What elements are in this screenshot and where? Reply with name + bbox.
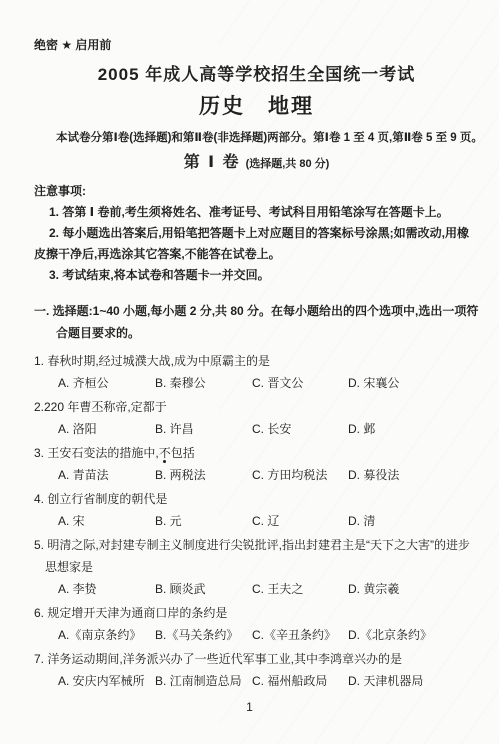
- page-content: 绝密 ★ 启用前 2005 年成人高等学校招生全国统一考试 历史 地理 本试卷分…: [0, 0, 499, 692]
- question-1-option-a: A. 齐桓公: [58, 372, 155, 394]
- note-item-2: 2. 每小题选出答案后,用铅笔把答题卡上对应题目的答案标号涂黑;如需改动,用橡皮…: [34, 223, 479, 265]
- question-4: 4. 创立行省制度的朝代是 A. 宋 B. 元 C. 辽 D. 清: [34, 488, 479, 532]
- question-4-stem: 4. 创立行省制度的朝代是: [34, 488, 479, 510]
- classification-label: 绝密 ★ 启用前: [34, 38, 479, 52]
- exam-paper-page: 绝密 ★ 启用前 2005 年成人高等学校招生全国统一考试 历史 地理 本试卷分…: [0, 0, 499, 744]
- question-1: 1. 春秋时期,经过城濮大战,成为中原霸主的是 A. 齐桓公 B. 秦穆公 C.…: [34, 350, 479, 394]
- paper-structure-note: 本试卷分第Ⅰ卷(选择题)和第Ⅱ卷(非选择题)两部分。第Ⅰ卷 1 至 4 页,第Ⅱ…: [34, 129, 479, 147]
- question-3-emphasized-char: 不: [159, 446, 171, 460]
- question-2-stem: 2.220 年曹丕称帝,定都于: [34, 396, 479, 418]
- part-one-subtitle: (选择题,共 80 分): [246, 158, 330, 170]
- question-3-stem-pre: 3. 王安石变法的措施中,: [34, 446, 159, 460]
- question-1-options: A. 齐桓公 B. 秦穆公 C. 晋文公 D. 宋襄公: [58, 372, 479, 394]
- question-3-option-d: D. 募役法: [348, 464, 479, 486]
- question-7-options: A. 安庆内军械所 B. 江南制造总局 C. 福州船政局 D. 天津机器局: [58, 670, 479, 692]
- question-2-option-c: C. 长安: [252, 418, 348, 440]
- question-5: 5. 明清之际,对封建专制主义制度进行尖锐批评,指出封建君主是“天下之大害”的进…: [34, 534, 479, 600]
- page-number: 1: [0, 700, 499, 714]
- question-7-option-b: B. 江南制造总局: [155, 670, 252, 692]
- question-3-option-b: B. 两税法: [155, 464, 252, 486]
- question-6-option-b: B.《马关条约》: [155, 624, 252, 646]
- question-6-option-d: D.《北京条约》: [348, 624, 479, 646]
- question-2: 2.220 年曹丕称帝,定都于 A. 洛阳 B. 许昌 C. 长安 D. 邺: [34, 396, 479, 440]
- question-6-stem: 6. 规定增开天津为通商口岸的条约是: [34, 602, 479, 624]
- question-1-option-d: D. 宋襄公: [348, 372, 479, 394]
- question-5-options: A. 李贽 B. 顾炎武 C. 王夫之 D. 黄宗羲: [58, 578, 479, 600]
- question-7-option-c: C. 福州船政局: [252, 670, 348, 692]
- question-7-stem: 7. 洋务运动期间,洋务派兴办了一些近代军事工业,其中李鸿章兴办的是: [34, 648, 479, 670]
- question-7-option-a: A. 安庆内军械所: [58, 670, 155, 692]
- question-1-option-b: B. 秦穆公: [155, 372, 252, 394]
- question-3-stem-post: 包括: [171, 446, 195, 460]
- question-5-option-b: B. 顾炎武: [155, 578, 252, 600]
- question-1-stem: 1. 春秋时期,经过城濮大战,成为中原霸主的是: [34, 350, 479, 372]
- section-one-heading: 一. 选择题:1~40 小题,每小题 2 分,共 80 分。在每小题给出的四个选…: [34, 300, 479, 344]
- note-item-1: 1. 答第 Ⅰ 卷前,考生须将姓名、准考证号、考试科目用铅笔涂写在答题卡上。: [34, 202, 479, 223]
- question-6-option-c: C.《辛丑条约》: [252, 624, 348, 646]
- question-7-option-d: D. 天津机器局: [348, 670, 479, 692]
- question-1-option-c: C. 晋文公: [252, 372, 348, 394]
- question-6: 6. 规定增开天津为通商口岸的条约是 A.《南京条约》 B.《马关条约》 C.《…: [34, 602, 479, 646]
- question-4-option-c: C. 辽: [252, 510, 348, 532]
- question-list: 1. 春秋时期,经过城濮大战,成为中原霸主的是 A. 齐桓公 B. 秦穆公 C.…: [34, 350, 479, 692]
- question-5-option-c: C. 王夫之: [252, 578, 348, 600]
- question-4-option-d: D. 清: [348, 510, 479, 532]
- question-4-option-b: B. 元: [155, 510, 252, 532]
- question-2-option-b: B. 许昌: [155, 418, 252, 440]
- question-2-option-a: A. 洛阳: [58, 418, 155, 440]
- subject-title: 历史 地理: [34, 94, 479, 120]
- question-4-options: A. 宋 B. 元 C. 辽 D. 清: [58, 510, 479, 532]
- question-3-stem: 3. 王安石变法的措施中,不包括: [34, 442, 479, 464]
- question-5-option-a: A. 李贽: [58, 578, 155, 600]
- part-one-heading: 第 Ⅰ 卷(选择题,共 80 分): [34, 152, 479, 175]
- part-one-title: 第 Ⅰ 卷: [184, 154, 241, 171]
- question-6-options: A.《南京条约》 B.《马关条约》 C.《辛丑条约》 D.《北京条约》: [58, 624, 479, 646]
- question-2-option-d: D. 邺: [348, 418, 479, 440]
- question-4-option-a: A. 宋: [58, 510, 155, 532]
- question-5-option-d: D. 黄宗羲: [348, 578, 479, 600]
- exam-title: 2005 年成人高等学校招生全国统一考试: [34, 64, 479, 86]
- notes-label: 注意事项:: [34, 181, 479, 202]
- question-3-option-a: A. 青苗法: [58, 464, 155, 486]
- question-3-option-c: C. 方田均税法: [252, 464, 348, 486]
- question-2-options: A. 洛阳 B. 许昌 C. 长安 D. 邺: [58, 418, 479, 440]
- question-6-option-a: A.《南京条约》: [58, 624, 155, 646]
- note-item-3: 3. 考试结束,将本试卷和答题卡一并交回。: [34, 265, 479, 286]
- question-3-options: A. 青苗法 B. 两税法 C. 方田均税法 D. 募役法: [58, 464, 479, 486]
- question-3: 3. 王安石变法的措施中,不包括 A. 青苗法 B. 两税法 C. 方田均税法 …: [34, 442, 479, 486]
- question-5-stem: 5. 明清之际,对封建专制主义制度进行尖锐批评,指出封建君主是“天下之大害”的进…: [34, 534, 479, 578]
- question-7: 7. 洋务运动期间,洋务派兴办了一些近代军事工业,其中李鸿章兴办的是 A. 安庆…: [34, 648, 479, 692]
